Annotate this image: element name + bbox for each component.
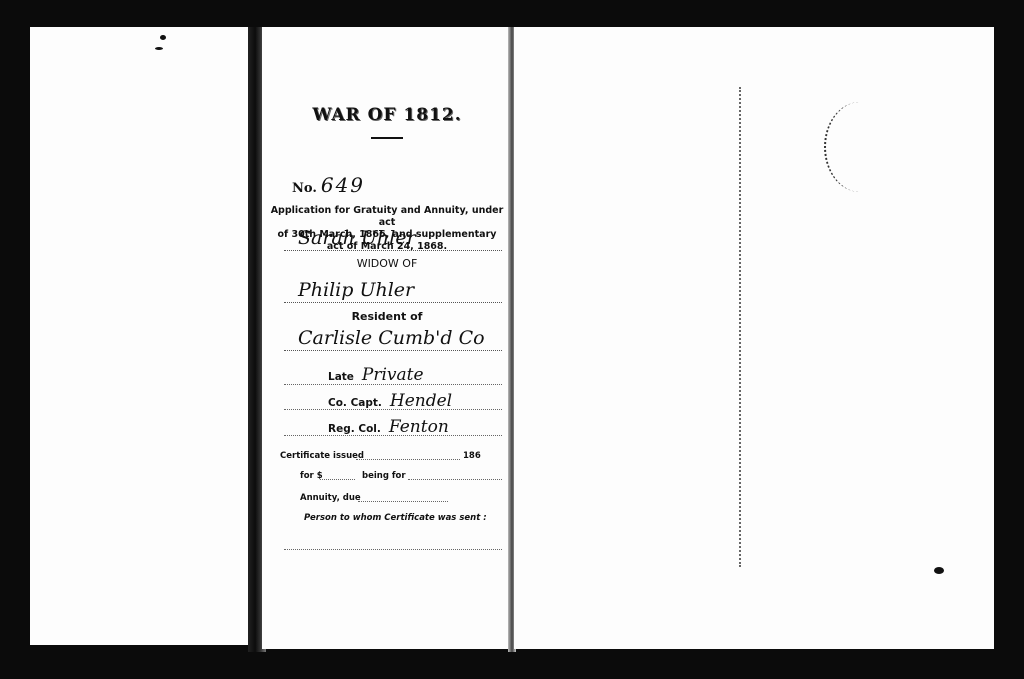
being-for-line <box>408 479 502 480</box>
rank-value: Private <box>362 365 424 385</box>
ink-speck <box>155 47 163 50</box>
person-sent-label: Person to whom Certificate was sent : <box>304 513 487 523</box>
regiment-label: Reg. Col. <box>328 423 381 435</box>
annuity-due-line <box>358 501 448 502</box>
recipient-line <box>284 549 502 550</box>
being-for-label: being for <box>362 471 406 481</box>
late-label: Late <box>328 371 354 383</box>
number-value: 649 <box>321 173 365 197</box>
left-blank-page <box>30 27 252 645</box>
rule-line <box>284 384 502 385</box>
soldier-name: Philip Uhler <box>284 277 502 303</box>
amount-line <box>320 479 355 480</box>
rule-line <box>284 409 502 410</box>
rule-line <box>284 435 502 436</box>
certificate-issued-label: Certificate issued <box>280 451 364 461</box>
residence: Carlisle Cumb'd Co <box>284 325 502 351</box>
annuity-due-label: Annuity, due <box>300 493 361 503</box>
regiment-row: Reg. Col.Fenton <box>328 417 449 437</box>
application-number: No.649 <box>292 173 365 197</box>
right-blank-page <box>514 27 994 649</box>
faint-stamp-mark <box>824 102 896 192</box>
document-title: WAR OF 1812. <box>262 105 512 125</box>
pension-application-card: WAR OF 1812. No.649 Application for Grat… <box>262 27 512 649</box>
company-row: Co. Capt.Hendel <box>328 391 452 411</box>
ink-speck <box>160 35 166 40</box>
captain-value: Hendel <box>390 391 452 411</box>
resident-of-label: Resident of <box>262 310 512 323</box>
rank-row: LatePrivate <box>328 365 424 385</box>
certificate-date-line <box>356 459 460 460</box>
ink-blot <box>934 567 944 574</box>
applicant-name: Sarah Uhler <box>284 225 502 251</box>
widow-of-label: WIDOW OF <box>262 257 512 270</box>
colonel-value: Fenton <box>389 417 449 437</box>
number-prefix: No. <box>292 181 317 196</box>
company-label: Co. Capt. <box>328 397 382 409</box>
certificate-year: 186 <box>463 451 481 461</box>
title-rule <box>371 137 403 139</box>
fold-crease <box>739 87 743 567</box>
